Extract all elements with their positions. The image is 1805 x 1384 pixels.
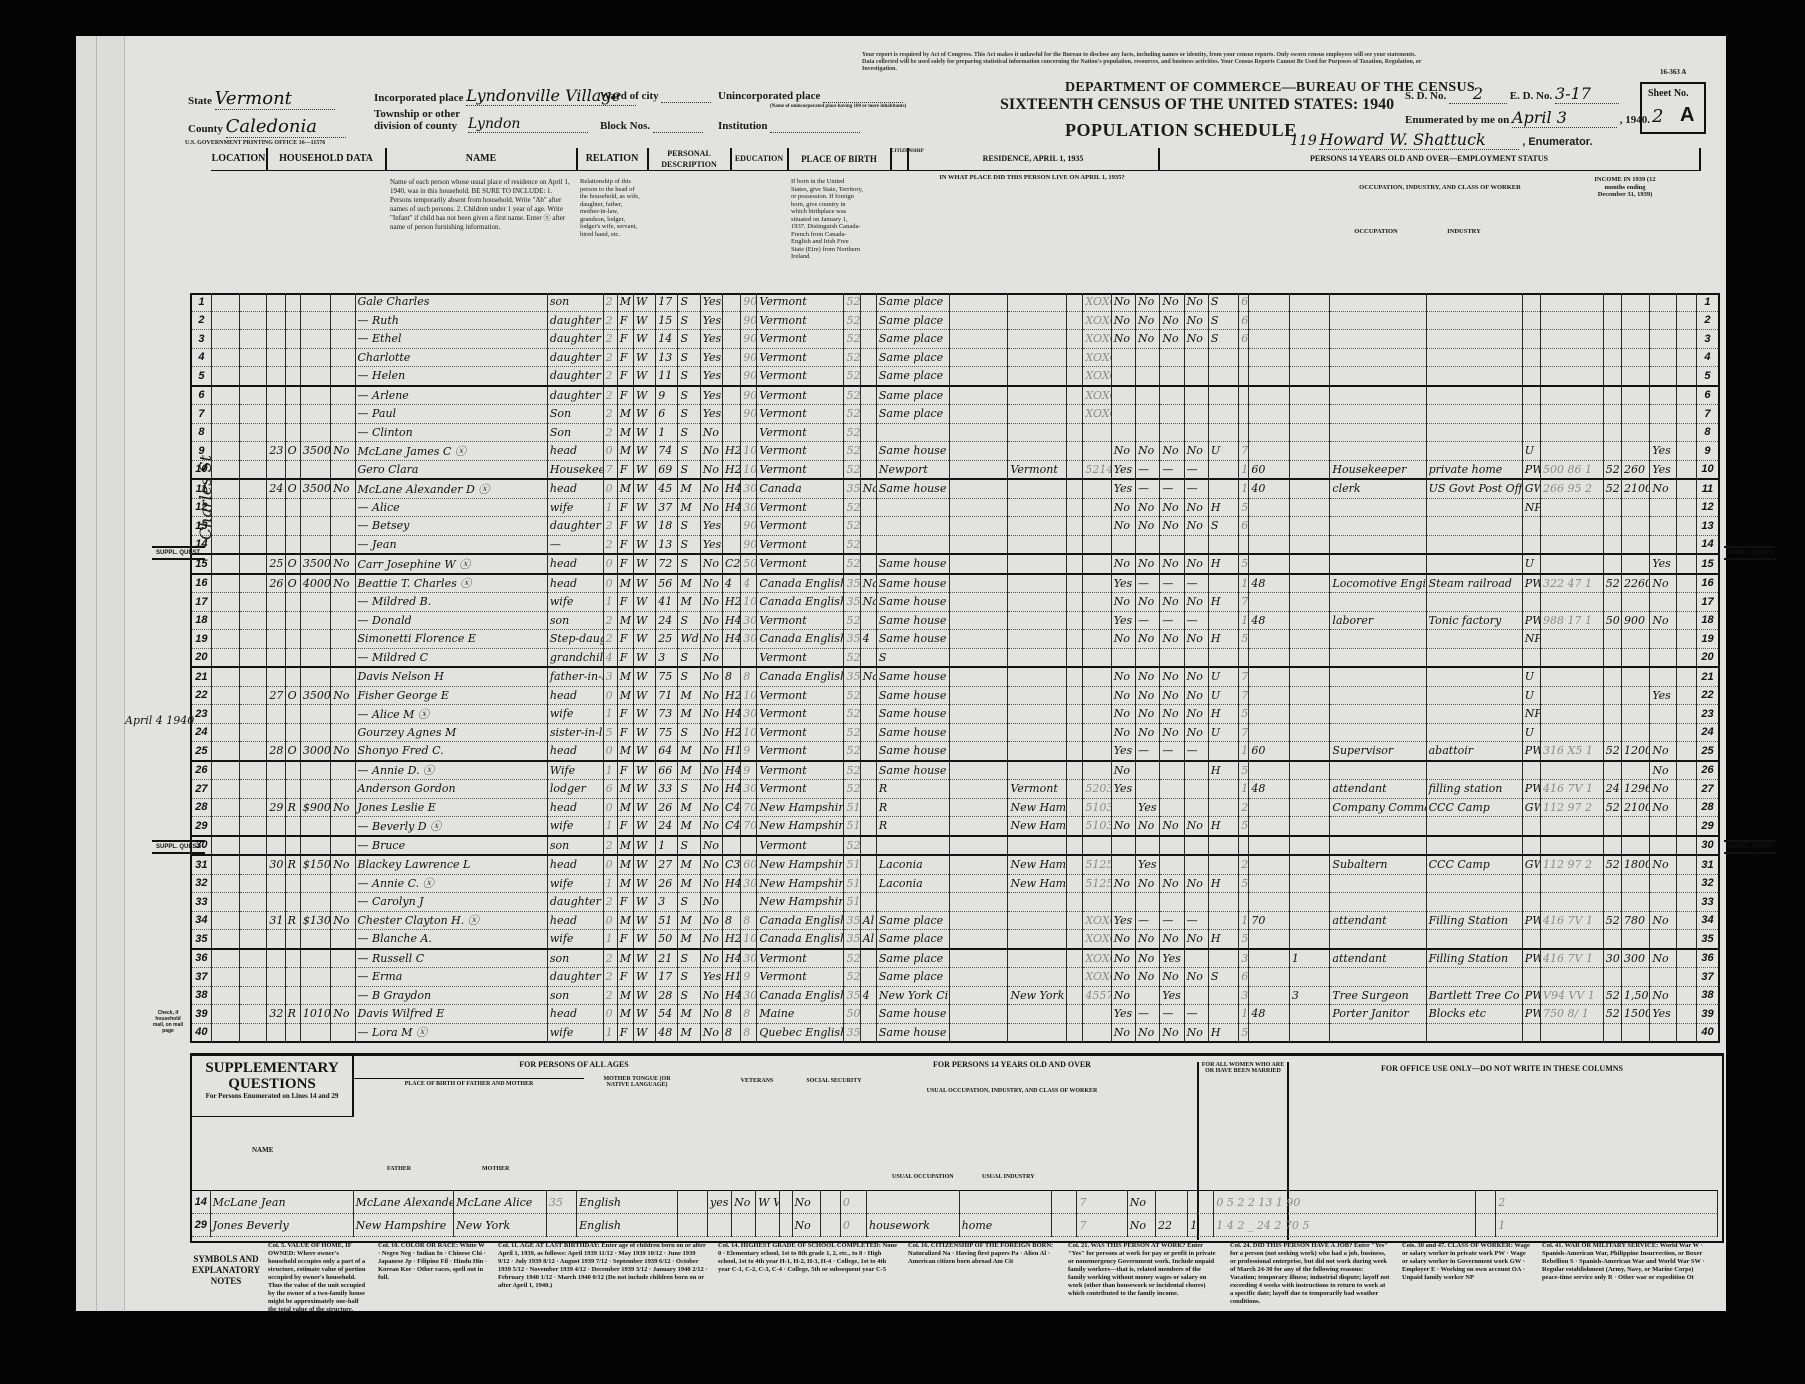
cell-weeks: 52 xyxy=(1603,574,1621,593)
cell-code-c: 35 xyxy=(844,911,860,930)
cell-res-state: New Hampshire xyxy=(1008,798,1067,817)
cell-c21 xyxy=(1111,798,1135,817)
cell-class: U xyxy=(1522,667,1540,686)
cell-occupation xyxy=(1330,630,1426,649)
cell-c24: No xyxy=(1184,442,1208,461)
cell-industry: filling station xyxy=(1426,780,1522,799)
cell-value xyxy=(300,705,330,724)
cell-hours xyxy=(1249,705,1290,724)
cell-birthplace: New Hampshire xyxy=(757,893,844,912)
cell-occupation xyxy=(1330,311,1426,330)
cell-c23 xyxy=(1160,367,1184,386)
cell-res-state: New Hampshire xyxy=(1008,817,1067,836)
cell-right: 13 xyxy=(1696,517,1719,536)
cell-wages xyxy=(1622,498,1650,517)
cell-code-b: 90 xyxy=(741,535,757,554)
cell-hours xyxy=(1249,630,1290,649)
supp-col-ind: USUAL INDUSTRY xyxy=(982,1174,1035,1180)
cell-wages xyxy=(1622,705,1650,724)
cell-code-f: 500 86 1 xyxy=(1541,460,1604,479)
cell-dwelling: 31 xyxy=(267,911,285,930)
cell-code-d: XOXO xyxy=(1083,330,1111,349)
ed-value: 3-17 xyxy=(1555,84,1619,104)
group-education: EDUCATION xyxy=(731,148,789,171)
cell-code-e: 3 xyxy=(1239,986,1249,1005)
cell-c22: No xyxy=(1136,686,1160,705)
cell-empty xyxy=(1067,574,1083,593)
cell-name: — Annie C. ⓧ xyxy=(355,874,547,893)
ward-label: Ward of city xyxy=(600,90,659,102)
cell-tenure xyxy=(285,667,300,686)
cell-c23 xyxy=(1160,893,1184,912)
cell-c23: — xyxy=(1160,1005,1184,1024)
supp-cell-vet39 xyxy=(707,1214,731,1237)
cell-code-d: XOXO xyxy=(1083,930,1111,949)
cell-farm xyxy=(331,405,355,424)
cell-wages xyxy=(1622,517,1650,536)
cell-occupation xyxy=(1330,667,1426,686)
cell-line: 20 xyxy=(191,648,211,667)
cell-code-a: 0 xyxy=(603,855,617,874)
cell-weeks xyxy=(1603,761,1621,780)
form-number: 16-363 A xyxy=(1660,68,1686,76)
cell-empty xyxy=(1067,423,1083,442)
group-citizenship: CITIZENSHIP xyxy=(891,148,909,171)
cell-code-c: 52 xyxy=(844,442,860,461)
cell-sex: F xyxy=(617,535,633,554)
cell-birthplace: Canada xyxy=(757,479,844,498)
cell-code-e xyxy=(1239,535,1249,554)
cell-value xyxy=(300,423,330,442)
cell-c24: — xyxy=(1184,479,1208,498)
cell-weeks-unemp xyxy=(1289,780,1330,799)
cell-line: 22 xyxy=(191,686,211,705)
cell-weeks-unemp xyxy=(1289,911,1330,930)
cell-age: 54 xyxy=(656,1005,678,1024)
cell-class xyxy=(1522,930,1540,949)
cell-birthplace: Canada English xyxy=(757,986,844,1005)
cell-c25: U xyxy=(1208,442,1238,461)
supp-cell-ss44: 0 xyxy=(840,1191,866,1214)
supp-cell-vet40 xyxy=(732,1214,756,1237)
cell-school: No xyxy=(700,1023,722,1042)
cell-empty xyxy=(240,1005,267,1024)
cell-empty xyxy=(240,386,267,405)
cell-line: 18 xyxy=(191,611,211,630)
cell-dwelling xyxy=(267,311,285,330)
cell-relation: Step-daughter xyxy=(547,630,603,649)
cell-tenure: O xyxy=(285,442,300,461)
cell-code-a: 2 xyxy=(603,893,617,912)
cell-empty xyxy=(1676,780,1696,799)
cell-weeks: 52 xyxy=(1603,1005,1621,1024)
ed-label: E. D. No. xyxy=(1510,90,1552,102)
cell-farm xyxy=(331,761,355,780)
cell-empty xyxy=(1067,293,1083,311)
cell-weeks-unemp xyxy=(1289,968,1330,987)
cell-empty xyxy=(949,1023,1008,1042)
cell-industry xyxy=(1426,705,1522,724)
supp-table: 14McLane JeanMcLane AlexanderMcLane Alic… xyxy=(192,1190,1718,1237)
cell-empty xyxy=(1067,855,1083,874)
cell-c21: No xyxy=(1111,686,1135,705)
cell-other-inc xyxy=(1650,293,1676,311)
cell-grade: H4 xyxy=(723,761,741,780)
cell-class: U xyxy=(1522,723,1540,742)
cell-hours xyxy=(1249,968,1290,987)
cell-c24 xyxy=(1184,855,1208,874)
cell-weeks-unemp xyxy=(1289,554,1330,574)
supp-cell-name: Jones Beverly xyxy=(210,1214,353,1237)
cell-c22: No xyxy=(1136,667,1160,686)
cell-tenure xyxy=(285,949,300,968)
table-row: 38— B Graydonson2MW28SNoH430Canada Engli… xyxy=(191,986,1719,1005)
cell-c25: H xyxy=(1208,930,1238,949)
cell-empty xyxy=(1676,554,1696,574)
cell-value: 3000 xyxy=(300,742,330,761)
cell-tenure xyxy=(285,648,300,667)
cell-marital: S xyxy=(678,330,700,349)
cell-code-b xyxy=(741,423,757,442)
cell-other-inc: No xyxy=(1650,742,1676,761)
cell-res-city: Same house xyxy=(876,686,949,705)
supp-cell-children: 1 xyxy=(1188,1214,1214,1237)
cell-code-d xyxy=(1083,705,1111,724)
cell-code-b xyxy=(741,893,757,912)
cell-cit xyxy=(860,798,876,817)
cell-code-b: 10 xyxy=(741,460,757,479)
cell-birthplace: Vermont xyxy=(757,330,844,349)
cell-age: 21 xyxy=(656,949,678,968)
cell-c24 xyxy=(1184,836,1208,856)
cell-empty xyxy=(211,930,239,949)
cell-marital: M xyxy=(678,686,700,705)
cell-code-a: 2 xyxy=(603,386,617,405)
cell-value xyxy=(300,1023,330,1042)
cell-marital: S xyxy=(678,517,700,536)
cell-sex: M xyxy=(617,949,633,968)
cell-code-d xyxy=(1083,611,1111,630)
cell-other-inc xyxy=(1650,723,1676,742)
cell-empty xyxy=(240,911,267,930)
cell-weeks: 52 xyxy=(1603,911,1621,930)
cell-res-state xyxy=(1008,405,1067,424)
cell-code-b: 8 xyxy=(741,667,757,686)
cell-relation: — xyxy=(547,535,603,554)
cell-empty xyxy=(1067,442,1083,461)
cell-name: — Ruth xyxy=(355,311,547,330)
cell-relation: wife xyxy=(547,817,603,836)
cell-cit xyxy=(860,386,876,405)
cell-line: 31 xyxy=(191,855,211,874)
cell-tenure: R xyxy=(285,1005,300,1024)
cell-code-d xyxy=(1083,1005,1111,1024)
residence-question: IN WHAT PLACE DID THIS PERSON LIVE ON AP… xyxy=(912,174,1152,182)
cell-industry xyxy=(1426,554,1522,574)
cell-c21: Yes xyxy=(1111,611,1135,630)
cell-empty xyxy=(211,911,239,930)
cell-tenure xyxy=(285,311,300,330)
cell-c22 xyxy=(1136,405,1160,424)
cell-empty xyxy=(211,686,239,705)
cell-occupation xyxy=(1330,348,1426,367)
cell-empty xyxy=(211,667,239,686)
cell-res-city: Same house xyxy=(876,574,949,593)
cell-code-a: 2 xyxy=(603,611,617,630)
cell-res-state xyxy=(1008,293,1067,311)
cell-res-state xyxy=(1008,723,1067,742)
cell-empty xyxy=(211,648,239,667)
cell-farm: No xyxy=(331,798,355,817)
cell-empty xyxy=(211,723,239,742)
cell-sex: F xyxy=(617,968,633,987)
cell-cit xyxy=(860,367,876,386)
cell-other-inc: No xyxy=(1650,949,1676,968)
cell-sex: F xyxy=(617,630,633,649)
cell-code-c: 35 xyxy=(844,1023,860,1042)
cell-race: W xyxy=(633,968,655,987)
cell-grade: H2 xyxy=(723,723,741,742)
cell-dwelling xyxy=(267,986,285,1005)
cell-relation: son xyxy=(547,611,603,630)
cell-code-d: 5125 xyxy=(1083,874,1111,893)
cell-dwelling: 23 xyxy=(267,442,285,461)
cell-empty xyxy=(949,460,1008,479)
cell-hours: 48 xyxy=(1249,574,1290,593)
cell-age: 1 xyxy=(656,423,678,442)
cell-marital: S xyxy=(678,405,700,424)
cell-race: W xyxy=(633,798,655,817)
cell-empty xyxy=(1676,479,1696,498)
cell-empty xyxy=(949,1005,1008,1024)
cell-c24: No xyxy=(1184,330,1208,349)
cell-c21: No xyxy=(1111,311,1135,330)
cell-race: W xyxy=(633,442,655,461)
cell-res-state xyxy=(1008,386,1067,405)
cell-code-d xyxy=(1083,479,1111,498)
cell-empty xyxy=(211,1005,239,1024)
cell-value: $1300 xyxy=(300,911,330,930)
cell-code-c: 52 xyxy=(844,535,860,554)
cell-wages xyxy=(1622,311,1650,330)
cell-empty xyxy=(240,761,267,780)
cell-empty xyxy=(1067,874,1083,893)
supp-cell-industry xyxy=(959,1191,1052,1214)
supp-title-box: SUPPLEMENTARY QUESTIONS For Persons Enum… xyxy=(192,1056,354,1117)
street-name: Charles St xyxy=(196,455,215,540)
cell-name: — B Graydon xyxy=(355,986,547,1005)
cell-c25 xyxy=(1208,405,1238,424)
cell-empty xyxy=(211,442,239,461)
supp-cell-empty xyxy=(677,1191,707,1214)
cell-grade: H4 xyxy=(723,611,741,630)
table-row: 17— Mildred B.wife1FW41MNoH210Canada Eng… xyxy=(191,593,1719,612)
cell-c22: — xyxy=(1136,611,1160,630)
cell-c25 xyxy=(1208,367,1238,386)
cell-empty xyxy=(240,479,267,498)
cell-value xyxy=(300,761,330,780)
township-label: Township or other division of county xyxy=(374,108,464,132)
cell-cit xyxy=(860,761,876,780)
cell-age: 15 xyxy=(656,311,678,330)
cell-empty xyxy=(1676,348,1696,367)
cell-name: — Carolyn J xyxy=(355,893,547,912)
group-birthplace: PLACE OF BIRTH xyxy=(788,148,892,171)
table-row: 5— Helendaughter2FW11SYes90Vermont52Same… xyxy=(191,367,1719,386)
cell-empty xyxy=(240,949,267,968)
cell-empty xyxy=(949,930,1008,949)
cell-right: 16 xyxy=(1696,574,1719,593)
cell-industry xyxy=(1426,517,1522,536)
cell-class: NP xyxy=(1522,630,1540,649)
cell-c23: — xyxy=(1160,479,1184,498)
note-col14: Col. 14. HIGHEST GRADE OF SCHOOL COMPLET… xyxy=(718,1242,898,1274)
cell-right: 29 xyxy=(1696,817,1719,836)
cell-c24: No xyxy=(1184,293,1208,311)
cell-c22: Yes xyxy=(1136,798,1160,817)
cell-code-f xyxy=(1541,667,1604,686)
cell-c21 xyxy=(1111,648,1135,667)
cell-hours xyxy=(1249,949,1290,968)
cell-c22 xyxy=(1136,535,1160,554)
cell-c24 xyxy=(1184,893,1208,912)
cell-empty xyxy=(949,817,1008,836)
cell-occupation: Housekeeper xyxy=(1330,460,1426,479)
cell-dwelling: 29 xyxy=(267,798,285,817)
cell-empty xyxy=(240,893,267,912)
cell-industry xyxy=(1426,723,1522,742)
cell-value xyxy=(300,968,330,987)
cell-sex: F xyxy=(617,705,633,724)
cell-right: 36 xyxy=(1696,949,1719,968)
cell-relation: head xyxy=(547,442,603,461)
cell-code-a: 2 xyxy=(603,836,617,856)
cell-class xyxy=(1522,893,1540,912)
cell-empty xyxy=(1676,630,1696,649)
cell-school: No xyxy=(700,798,722,817)
cell-res-state xyxy=(1008,367,1067,386)
cell-other-inc xyxy=(1650,817,1676,836)
cell-marital: S xyxy=(678,554,700,574)
enumerated-label: Enumerated by me on xyxy=(1405,114,1509,126)
cell-birthplace: New Hampshire xyxy=(757,817,844,836)
institution-field: Institution xyxy=(718,120,860,133)
cell-value xyxy=(300,367,330,386)
cell-tenure xyxy=(285,836,300,856)
cell-weeks-unemp xyxy=(1289,874,1330,893)
cell-code-f xyxy=(1541,405,1604,424)
cell-relation: son xyxy=(547,293,603,311)
cell-c25 xyxy=(1208,1005,1238,1024)
cell-empty xyxy=(1676,817,1696,836)
cell-relation: son xyxy=(547,986,603,1005)
cell-right: 8 xyxy=(1696,423,1719,442)
cell-c23: — xyxy=(1160,911,1184,930)
cell-hours xyxy=(1249,348,1290,367)
cell-res-city xyxy=(876,836,949,856)
cell-code-c: 52 xyxy=(844,836,860,856)
cell-occupation xyxy=(1330,593,1426,612)
cell-birthplace: Vermont xyxy=(757,968,844,987)
cell-weeks-unemp xyxy=(1289,611,1330,630)
table-row: 19Simonetti Florence EStep-daughter2FW25… xyxy=(191,630,1719,649)
cell-value: 3500 xyxy=(300,479,330,498)
column-headers: LOCATION HOUSEHOLD DATA NAME RELATION PE… xyxy=(190,148,1720,295)
cell-empty xyxy=(240,986,267,1005)
cell-occupation: clerk xyxy=(1330,479,1426,498)
cell-empty xyxy=(1067,367,1083,386)
cell-empty xyxy=(949,386,1008,405)
cell-empty xyxy=(949,593,1008,612)
cell-cit xyxy=(860,855,876,874)
cell-tenure xyxy=(285,423,300,442)
cell-other-inc: No xyxy=(1650,798,1676,817)
cell-res-city xyxy=(876,517,949,536)
cell-c24: No xyxy=(1184,1023,1208,1042)
cell-birthplace: Vermont xyxy=(757,535,844,554)
cell-marital: M xyxy=(678,593,700,612)
cell-hours: 48 xyxy=(1249,1005,1290,1024)
cell-dwelling xyxy=(267,348,285,367)
cell-empty xyxy=(949,761,1008,780)
cell-c25 xyxy=(1208,460,1238,479)
cell-cit xyxy=(860,1023,876,1042)
cell-wages: 1800 xyxy=(1622,855,1650,874)
cell-c25: S xyxy=(1208,330,1238,349)
cell-c24: — xyxy=(1184,911,1208,930)
cell-weeks xyxy=(1603,630,1621,649)
cell-birthplace: New Hampshire xyxy=(757,855,844,874)
cell-code-f xyxy=(1541,367,1604,386)
cell-line: 3 xyxy=(191,330,211,349)
cell-dwelling xyxy=(267,1023,285,1042)
cell-res-state xyxy=(1008,911,1067,930)
cell-industry: CCC Camp xyxy=(1426,798,1522,817)
cell-name: Blackey Lawrence L xyxy=(355,855,547,874)
cell-school: No xyxy=(700,911,722,930)
cell-empty xyxy=(949,855,1008,874)
cell-empty xyxy=(211,968,239,987)
enumerator-label: , Enumerator. xyxy=(1522,136,1592,148)
cell-race: W xyxy=(633,311,655,330)
cell-empty xyxy=(240,535,267,554)
cell-birthplace: Vermont xyxy=(757,348,844,367)
cell-empty xyxy=(240,836,267,856)
cell-c22: No xyxy=(1136,874,1160,893)
cell-weeks-unemp xyxy=(1289,893,1330,912)
cell-tenure xyxy=(285,780,300,799)
cell-value xyxy=(300,348,330,367)
cell-name: Beattie T. Charles ⓧ xyxy=(355,574,547,593)
cell-farm xyxy=(331,330,355,349)
cell-value: $900 xyxy=(300,798,330,817)
cell-age: 17 xyxy=(656,968,678,987)
cell-race: W xyxy=(633,423,655,442)
cell-dwelling: 27 xyxy=(267,686,285,705)
table-row: 18— Donaldson2MW24SNoH430Vermont52Same h… xyxy=(191,611,1719,630)
cell-res-state xyxy=(1008,517,1067,536)
cell-c25 xyxy=(1208,911,1238,930)
cell-code-d: 5103 xyxy=(1083,817,1111,836)
cell-code-c: 35 xyxy=(844,593,860,612)
cell-grade: C3 xyxy=(723,855,741,874)
cell-marital: S xyxy=(678,348,700,367)
cell-c22: No xyxy=(1136,442,1160,461)
cell-grade: H4 xyxy=(723,630,741,649)
cell-age: 24 xyxy=(656,817,678,836)
supp-cell-tongue: English xyxy=(577,1214,678,1237)
cell-empty xyxy=(211,630,239,649)
